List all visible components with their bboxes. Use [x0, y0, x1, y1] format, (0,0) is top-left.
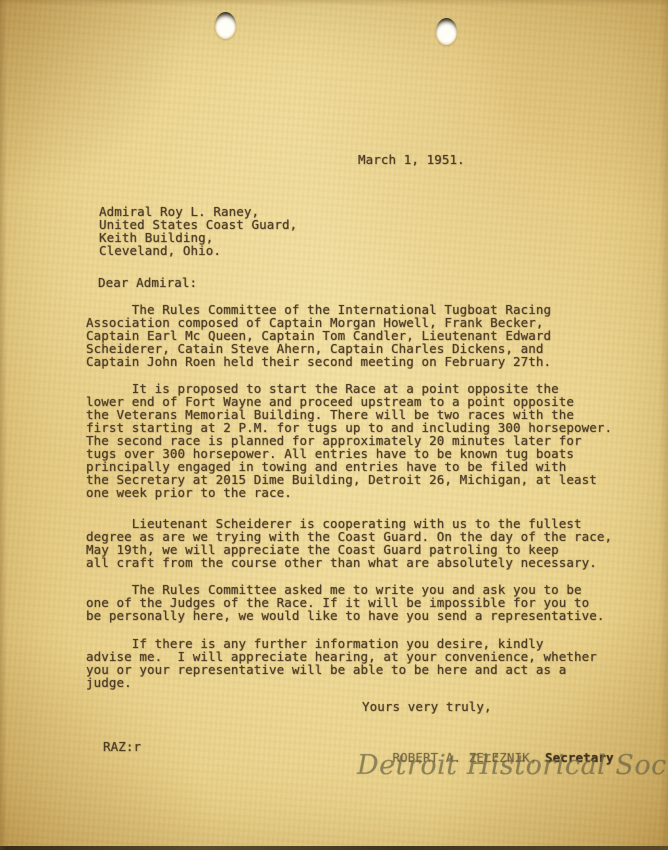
reference-initials: RAZ:r [103, 740, 141, 753]
complimentary-closing: Yours very truly, [362, 700, 492, 713]
body-paragraph-4: The Rules Committee asked me to write yo… [86, 583, 605, 622]
scan-bottom-edge [0, 846, 668, 850]
body-paragraph-2: It is proposed to start the Race at a po… [86, 382, 612, 499]
recipient-address: Admiral Roy L. Raney, United States Coas… [99, 205, 297, 257]
body-paragraph-1: The Rules Committee of the International… [86, 303, 551, 368]
archive-watermark: Detroit Historical Society [357, 750, 668, 781]
salutation: Dear Admiral: [98, 276, 197, 289]
body-paragraph-3: Lieutenant Scheiderer is cooperating wit… [86, 517, 612, 569]
letter-page: March 1, 1951. Admiral Roy L. Raney, Uni… [0, 0, 668, 850]
punch-hole-left-icon [215, 12, 236, 39]
punch-hole-right-icon [436, 18, 457, 45]
body-paragraph-5: If there is any further information you … [86, 637, 597, 689]
letter-date: March 1, 1951. [358, 153, 465, 166]
